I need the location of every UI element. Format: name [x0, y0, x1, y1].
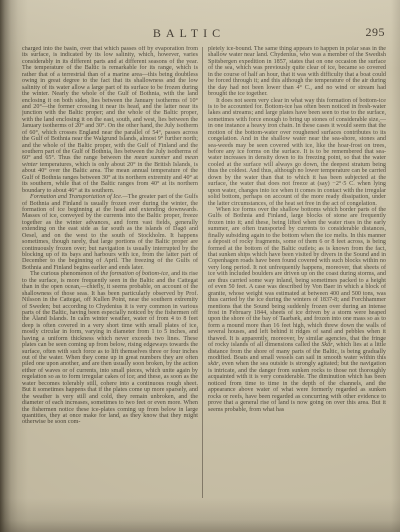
book-page: BALTIC 295 charged into the basin, over … — [0, 0, 400, 532]
paragraph: Formation and Transportation of Ice.—The… — [22, 194, 198, 271]
body-text: It does not seem very clear in what way … — [208, 98, 386, 207]
paragraph: When ice forms over the shallow bottoms … — [208, 207, 386, 413]
body-text: and — [170, 155, 185, 161]
italic-text: Skär — [321, 342, 332, 348]
paragraph: pletely ice-bound. The same thing appear… — [208, 46, 386, 98]
running-head-title: BALTIC — [24, 26, 354, 41]
paragraph: It does not seem very clear in what way … — [208, 98, 386, 207]
body-text: temperatures, which is only about 20° in… — [22, 162, 198, 194]
body-text: , even when the sea outside is strongly … — [208, 361, 386, 412]
paragraph: charged into the basin, over that which … — [22, 46, 198, 194]
body-text: When ice forms over the shallow bottoms … — [208, 207, 386, 348]
column-right: pletely ice-bound. The same thing appear… — [208, 46, 386, 499]
italic-text: mean summer — [134, 155, 170, 161]
body-text: pletely ice-bound. The same thing appear… — [208, 46, 386, 97]
column-left: charged into the basin, over that which … — [22, 46, 198, 499]
body-text: , and its rise to the surface, is more f… — [22, 271, 198, 425]
body-text: charged into the basin, over that which … — [22, 46, 198, 161]
italic-text: Formation and Transportation of Ice.— — [30, 194, 128, 200]
column-divider — [202, 47, 203, 498]
italic-text: skär — [208, 361, 219, 367]
paragraph: The curious phenomenon of the formation … — [22, 271, 198, 426]
italic-text: the formation of bottom-ice — [101, 271, 168, 277]
page-number: 295 — [366, 25, 386, 40]
body-text: The curious phenomenon of — [30, 271, 101, 277]
body-text: The greater part of the Gulfs of Bothnia… — [22, 194, 198, 271]
